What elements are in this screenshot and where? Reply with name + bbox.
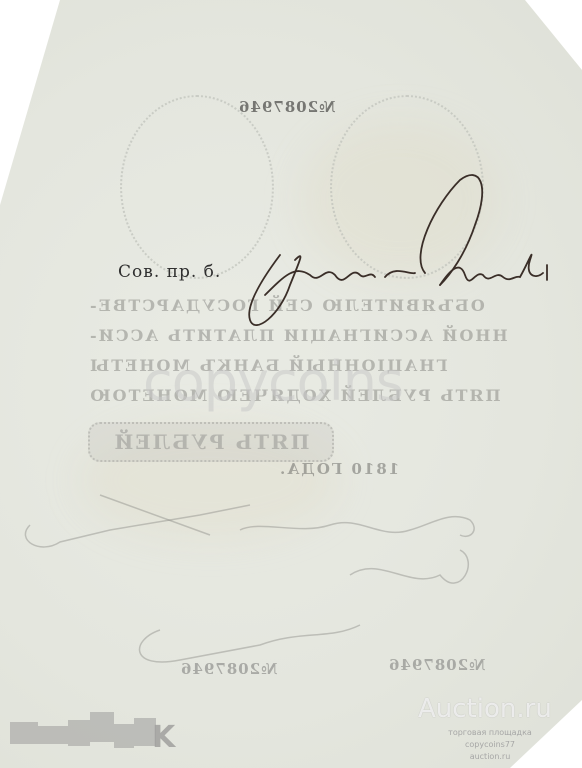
year-line: 1810 ГОДА. [278,460,399,478]
amount-box: ПЯТЬ РУБЛЕЙ [88,422,334,462]
handwritten-signature: Неии Римпел [225,165,565,335]
pixelated-logo [10,712,155,752]
auction-sub-2: copycoins77 [430,740,550,749]
amount-text: ПЯТЬ РУБЛЕЙ [90,424,332,460]
serial-number-bottom-right: №2087946 [388,656,485,674]
auction-watermark: Auction.ru [418,694,552,724]
serial-number-top: №2087946 [238,98,335,116]
serial-number-bottom: №2087946 [180,660,277,678]
banknote-paper: №2087946 ОБЪЯВИТЕЛЮ СЕЙ ГОСУДАРСТВЕ- ННО… [0,0,582,768]
faint-signatures [0,480,582,680]
pixelated-logo-k: K [152,720,175,755]
auction-sub-3: auction.ru [430,752,550,761]
auction-sub-1: торговая площадка [430,728,550,737]
printed-label: Сов. пр. б. [118,262,221,282]
copycoins-watermark: copycoins [143,350,403,413]
